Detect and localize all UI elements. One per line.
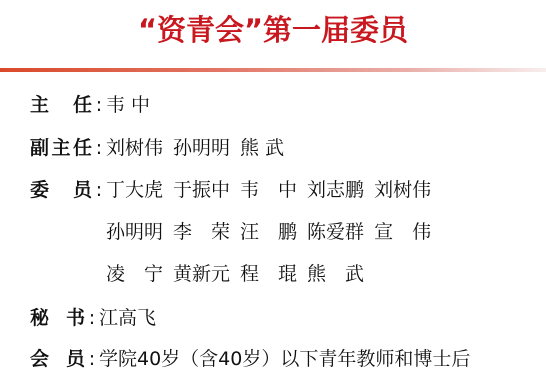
title-divider: [0, 68, 546, 72]
label-secretary: 秘书: [30, 305, 85, 331]
member-name: 陈爱群: [307, 219, 364, 245]
member-name: 凌 宁: [106, 261, 163, 287]
member-name: 李 荣: [173, 219, 230, 245]
label-deputy-director: 副主任: [30, 135, 92, 161]
colon: :: [85, 305, 99, 331]
row-secretary: 秘书 : 江高飞: [30, 305, 156, 331]
row-membership: 会员 : 学院40岁（含40岁）以下青年教师和博士后: [30, 346, 470, 372]
label-members: 委员: [30, 177, 92, 203]
member-name: 刘志鹏: [307, 177, 364, 203]
member-name: 于振中: [173, 177, 230, 203]
director-name: 韦 中: [106, 92, 150, 118]
members-line-2: 孙明明 李 荣 汪 鹏 陈爱群 宣 伟: [106, 219, 441, 245]
page-title: “资青会”第一届委员: [0, 12, 546, 48]
row-members: 委员 : 丁大虎 于振中 韦 中 刘志鹏 刘树伟: [30, 177, 441, 203]
member-name: 程 琨: [240, 261, 297, 287]
row-deputy-director: 副主任 : 刘树伟 孙明明 熊 武: [30, 135, 294, 161]
member-name: 黄新元: [173, 261, 230, 287]
secretary-name: 江高飞: [99, 305, 156, 331]
colon: :: [85, 346, 99, 372]
label-membership: 会员: [30, 346, 85, 372]
colon: :: [92, 92, 106, 118]
member-name: 韦 中: [240, 177, 297, 203]
colon: :: [92, 177, 106, 203]
label-director: 主任: [30, 92, 92, 118]
member-name: 刘树伟: [374, 177, 431, 203]
member-name: 汪 鹏: [240, 219, 297, 245]
member-name: 孙明明: [106, 219, 163, 245]
membership-description: 学院40岁（含40岁）以下青年教师和博士后: [99, 346, 470, 372]
row-director: 主任 : 韦 中: [30, 92, 150, 118]
member-name: 宣 伟: [374, 219, 431, 245]
member-name: 熊 武: [307, 261, 364, 287]
colon: :: [92, 135, 106, 161]
deputy-name: 刘树伟: [106, 135, 163, 161]
member-name: 丁大虎: [106, 177, 163, 203]
deputy-name: 孙明明: [173, 135, 230, 161]
deputy-name: 熊 武: [240, 135, 284, 161]
members-line-3: 凌 宁 黄新元 程 琨 熊 武: [106, 261, 374, 287]
